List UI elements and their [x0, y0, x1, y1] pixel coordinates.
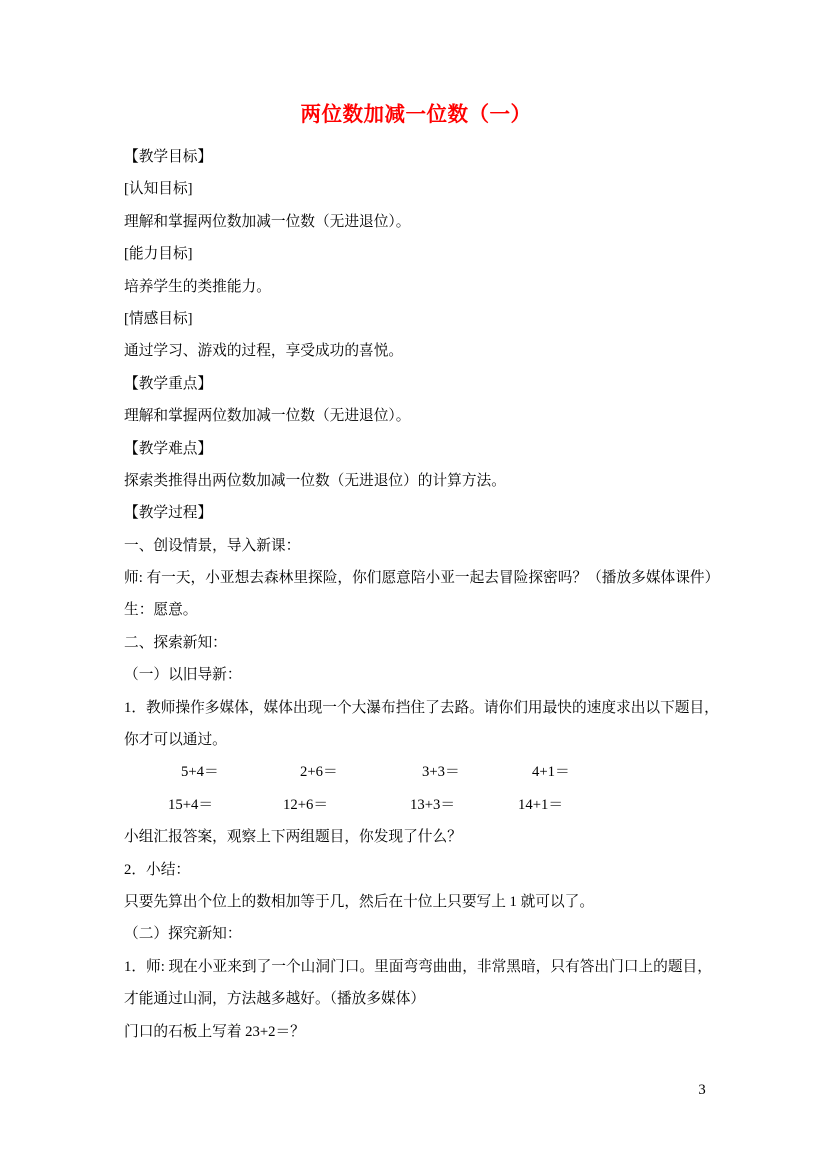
document-line: 1．教师操作多媒体，媒体出现一个大瀑布挡住了去路。请你们用最快的速度求出以下题目…: [124, 692, 708, 724]
equation-row: 5+4＝2+6＝3+3＝4+1＝: [124, 756, 708, 788]
document-line: 培养学生的类推能力。: [124, 271, 708, 303]
document-line: [能力目标]: [124, 238, 708, 270]
document-line: （二）探究新知：: [124, 918, 708, 950]
document-content: 两位数加减一位数（一） 【教学目标】[认知目标]理解和掌握两位数加减一位数（无进…: [124, 0, 708, 1048]
document-line: 二、探索新知：: [124, 627, 708, 659]
document-line: 门口的石板上写着 23+2＝？: [124, 1016, 708, 1048]
document-title: 两位数加减一位数（一）: [124, 99, 708, 132]
document-line: [认知目标]: [124, 173, 708, 205]
document-line: 理解和掌握两位数加减一位数（无进退位）。: [124, 400, 708, 432]
document-line: [情感目标]: [124, 303, 708, 335]
document-line: 理解和掌握两位数加减一位数（无进退位）。: [124, 206, 708, 238]
document-line: 生：愿意。: [124, 594, 708, 626]
document-line: 通过学习、游戏的过程，享受成功的喜悦。: [124, 335, 708, 367]
document-line: 【教学目标】: [124, 141, 708, 173]
equation-row: 15+4＝12+6＝13+3＝14+1＝: [124, 789, 708, 821]
document-line: （一）以旧导新：: [124, 659, 708, 691]
document-line: 才能通过山洞，方法越多越好。（播放多媒体）: [124, 983, 708, 1015]
document-line: 师: 有一天，小亚想去森林里探险，你们愿意陪小亚一起去冒险探密吗？（播放多媒体课…: [124, 562, 708, 594]
document-page: 两位数加减一位数（一） 【教学目标】[认知目标]理解和掌握两位数加减一位数（无进…: [0, 0, 827, 1170]
equation-item: 12+6＝: [283, 789, 328, 821]
equation-item: 15+4＝: [168, 789, 213, 821]
document-body: 【教学目标】[认知目标]理解和掌握两位数加减一位数（无进退位）。[能力目标]培养…: [124, 141, 708, 1048]
document-line: 只要先算出个位上的数相加等于几，然后在十位上只要写上 1 就可以了。: [124, 886, 708, 918]
document-line: 小组汇报答案，观察上下两组题目，你发现了什么？: [124, 821, 708, 853]
document-line: 【教学过程】: [124, 497, 708, 529]
equation-item: 5+4＝: [181, 756, 219, 788]
document-line: 【教学难点】: [124, 433, 708, 465]
equation-item: 3+3＝: [422, 756, 460, 788]
document-line: 你才可以通过。: [124, 724, 708, 756]
document-line: 1．师: 现在小亚来到了一个山洞门口。里面弯弯曲曲，非常黑暗，只有答出门口上的题…: [124, 951, 708, 983]
equation-item: 2+6＝: [300, 756, 338, 788]
equation-item: 13+3＝: [410, 789, 455, 821]
document-line: 【教学重点】: [124, 368, 708, 400]
equation-item: 14+1＝: [518, 789, 563, 821]
equation-item: 4+1＝: [532, 756, 570, 788]
page-number: 3: [690, 1079, 714, 1101]
document-line: 探索类推得出两位数加减一位数（无进退位）的计算方法。: [124, 465, 708, 497]
document-line: 2．小结：: [124, 854, 708, 886]
document-line: 一、创设情景，导入新课：: [124, 530, 708, 562]
